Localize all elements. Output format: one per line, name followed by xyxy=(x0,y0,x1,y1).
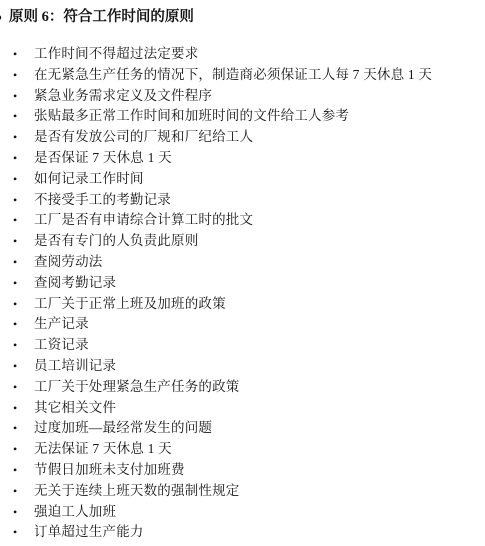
list-item-text: 过度加班—最经常发生的问题 xyxy=(34,418,212,439)
title-bullet-icon: ● xyxy=(0,10,2,24)
list-item-text: 是否有专门的人负责此原则 xyxy=(34,231,198,252)
list-item-text: 如何记录工作时间 xyxy=(34,169,144,190)
list-item-text: 在无紧急生产任务的情况下，制造商必须保证工人每 7 天休息 1 天 xyxy=(34,65,432,86)
bullet-icon: • xyxy=(0,127,34,148)
bullet-icon: • xyxy=(0,460,34,481)
list-item-text: 是否有发放公司的厂规和厂纪给工人 xyxy=(34,127,253,148)
bullet-icon: • xyxy=(0,210,34,231)
bullet-icon: • xyxy=(0,106,34,127)
bullet-icon: • xyxy=(0,252,34,273)
list-item: •订单超过生产能力 xyxy=(0,522,485,543)
bullet-icon: • xyxy=(0,190,34,211)
list-item: •生产记录 xyxy=(0,314,485,335)
list-item: •是否有专门的人负责此原则 xyxy=(0,231,485,252)
list-item: •查阅考勤记录 xyxy=(0,273,485,294)
list-item-text: 不接受手工的考勤记录 xyxy=(34,190,171,211)
document-page: ● 原则 6：符合工作时间的原则 •工作时间不得超过法定要求•在无紧急生产任务的… xyxy=(0,0,485,546)
list-item: •是否有发放公司的厂规和厂纪给工人 xyxy=(0,127,485,148)
list-item-text: 紧急业务需求定义及文件程序 xyxy=(34,86,212,107)
bullet-icon: • xyxy=(0,65,34,86)
list-item-text: 员工培训记录 xyxy=(34,356,116,377)
list-item: •员工培训记录 xyxy=(0,356,485,377)
list-item-text: 查阅劳动法 xyxy=(34,252,103,273)
list-item-text: 工资记录 xyxy=(34,335,89,356)
list-item-text: 工作时间不得超过法定要求 xyxy=(34,44,198,65)
bullet-icon: • xyxy=(0,86,34,107)
list-item: •如何记录工作时间 xyxy=(0,169,485,190)
list-item-text: 节假日加班未支付加班费 xyxy=(34,460,185,481)
list-item: •是否保证 7 天休息 1 天 xyxy=(0,148,485,169)
bullet-icon: • xyxy=(0,335,34,356)
list-item: •无关于连续上班天数的强制性规定 xyxy=(0,481,485,502)
bullet-icon: • xyxy=(0,398,34,419)
list-item: •工作时间不得超过法定要求 xyxy=(0,44,485,65)
list-item-text: 其它相关文件 xyxy=(34,398,116,419)
list-item: •强迫工人加班 xyxy=(0,502,485,523)
bullet-icon: • xyxy=(0,231,34,252)
bullet-icon: • xyxy=(0,502,34,523)
list-item: •不接受手工的考勤记录 xyxy=(0,190,485,211)
list-item: •过度加班—最经常发生的问题 xyxy=(0,418,485,439)
list-item: •无法保证 7 天休息 1 天 xyxy=(0,439,485,460)
bullet-icon: • xyxy=(0,439,34,460)
bullet-icon: • xyxy=(0,377,34,398)
list-item: •张贴最多正常工作时间和加班时间的文件给工人参考 xyxy=(0,106,485,127)
bullet-list: •工作时间不得超过法定要求•在无紧急生产任务的情况下，制造商必须保证工人每 7 … xyxy=(0,44,485,543)
list-item: •紧急业务需求定义及文件程序 xyxy=(0,86,485,107)
list-item-text: 订单超过生产能力 xyxy=(34,522,144,543)
bullet-icon: • xyxy=(0,481,34,502)
list-item: •工厂是否有申请综合计算工时的批文 xyxy=(0,210,485,231)
page-title: ● 原则 6：符合工作时间的原则 xyxy=(9,8,194,26)
page-title-text: 原则 6：符合工作时间的原则 xyxy=(9,9,194,25)
bullet-icon: • xyxy=(0,148,34,169)
bullet-icon: • xyxy=(0,314,34,335)
bullet-icon: • xyxy=(0,44,34,65)
list-item-text: 生产记录 xyxy=(34,314,89,335)
bullet-icon: • xyxy=(0,273,34,294)
list-item: •工厂关于正常上班及加班的政策 xyxy=(0,294,485,315)
bullet-icon: • xyxy=(0,522,34,543)
list-item-text: 工厂关于正常上班及加班的政策 xyxy=(34,294,226,315)
list-item: •其它相关文件 xyxy=(0,398,485,419)
list-item: •工厂关于处理紧急生产任务的政策 xyxy=(0,377,485,398)
bullet-icon: • xyxy=(0,418,34,439)
list-item: •工资记录 xyxy=(0,335,485,356)
list-item-text: 强迫工人加班 xyxy=(34,502,116,523)
list-item-text: 张贴最多正常工作时间和加班时间的文件给工人参考 xyxy=(34,106,349,127)
bullet-icon: • xyxy=(0,356,34,377)
list-item-text: 工厂关于处理紧急生产任务的政策 xyxy=(34,377,240,398)
list-item: •在无紧急生产任务的情况下，制造商必须保证工人每 7 天休息 1 天 xyxy=(0,65,485,86)
list-item-text: 是否保证 7 天休息 1 天 xyxy=(34,148,172,169)
bullet-icon: • xyxy=(0,294,34,315)
list-item-text: 查阅考勤记录 xyxy=(34,273,116,294)
list-item-text: 工厂是否有申请综合计算工时的批文 xyxy=(34,210,253,231)
list-item-text: 无法保证 7 天休息 1 天 xyxy=(34,439,172,460)
bullet-icon: • xyxy=(0,169,34,190)
list-item: •查阅劳动法 xyxy=(0,252,485,273)
list-item-text: 无关于连续上班天数的强制性规定 xyxy=(34,481,240,502)
list-item: •节假日加班未支付加班费 xyxy=(0,460,485,481)
